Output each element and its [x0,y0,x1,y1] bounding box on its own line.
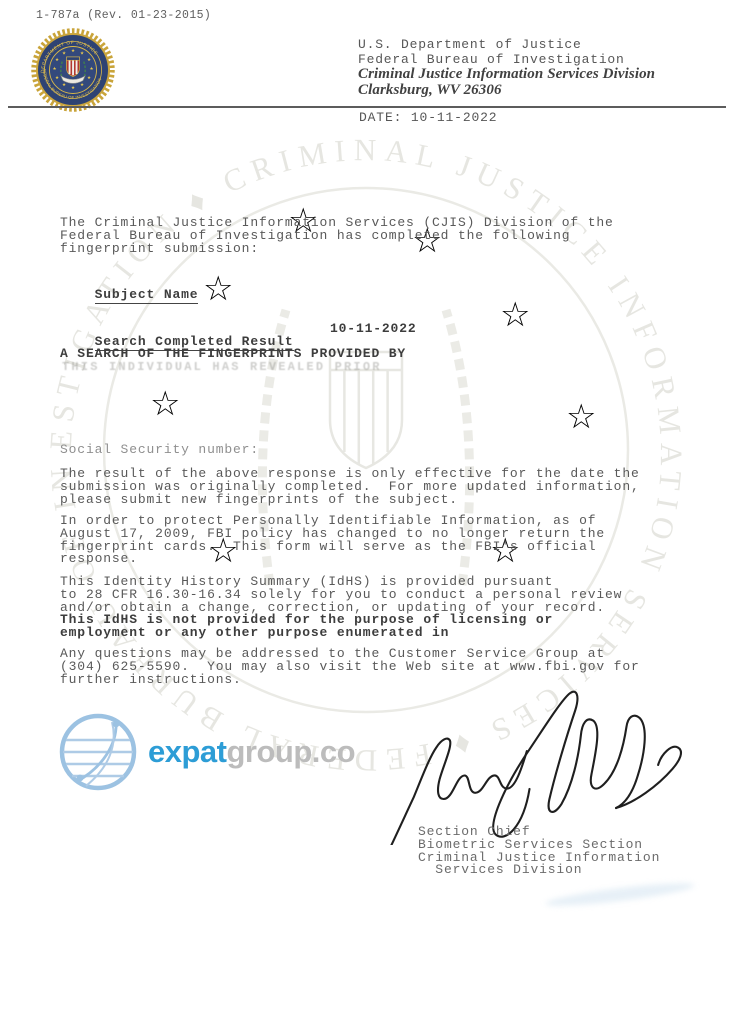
signer-title-block: Section Chief Biometric Services Section… [418,826,660,877]
form-number: 1-787a (Rev. 01-23-2015) [36,10,211,23]
fbi-seal: DEPARTMENT OF JUSTICE FEDERAL BUREAU OF … [30,27,116,113]
svg-text:☆: ☆ [150,384,180,424]
svg-text:☆: ☆ [566,397,596,437]
handwritten-signature [378,690,708,845]
logo-text-secondary: group.co [226,734,355,769]
pii-policy-paragraph: In order to protect Personally Identifia… [60,515,605,566]
ssn-label: Social Security number: [60,444,259,457]
svg-text:★: ★ [89,66,93,72]
svg-text:★: ★ [71,85,75,91]
subject-name-heading: Subject Name [60,276,198,316]
result-validity-paragraph: The result of the above response is only… [60,468,640,506]
questions-paragraph: Any questions may be addressed to the Cu… [60,648,640,686]
svg-text:★: ★ [87,75,91,81]
idhs-normal-text: This Identity History Summary (IdHS) is … [60,576,622,614]
search-statement: A SEARCH OF THE FINGERPRINTS PROVIDED BY [60,348,406,361]
scanned-letter-page: ESTIGATION ♦ CRIMINAL JUSTICE INFORMATIO… [0,0,732,1024]
svg-text:★: ★ [55,57,59,63]
expatgroup-logo: expatgroup.co [56,710,416,800]
svg-text:★: ★ [80,82,84,88]
svg-text:★: ★ [52,66,56,72]
svg-text:☆: ☆ [203,269,233,309]
svg-text:★: ★ [62,82,66,88]
logo-text-primary: expat [148,734,226,769]
agency-line-1: U.S. Department of Justice [358,37,655,52]
svg-text:★: ★ [55,75,59,81]
division-line: Criminal Justice Information Services Di… [358,67,655,83]
svg-text:☆: ☆ [500,295,530,335]
svg-text:★: ★ [87,57,91,63]
agency-line-2: Federal Bureau of Investigation [358,52,655,67]
intro-paragraph: The Criminal Justice Information Service… [60,217,614,255]
date-line: DATE: 10-11-2022 [359,112,497,125]
globe-icon [56,710,140,794]
svg-text:★: ★ [80,51,84,57]
search-completed-date: 10-11-2022 [330,323,417,336]
svg-text:★: ★ [62,51,66,57]
letterhead: U.S. Department of Justice Federal Burea… [358,37,655,98]
scan-smudge [545,879,695,910]
idhs-paragraph: This Identity History Summary (IdHS) is … [60,576,622,640]
idhs-bold-notice: This IdHS is not provided for the purpos… [60,614,622,640]
svg-text:★: ★ [71,48,75,54]
location-line: Clarksburg, WV 26306 [358,83,655,99]
header-rule [8,106,726,108]
logo-wordmark: expatgroup.co [148,734,355,770]
redacted-ghost-text: THIS INDIVIDUAL HAS REVEALED PRIOR [62,361,382,374]
